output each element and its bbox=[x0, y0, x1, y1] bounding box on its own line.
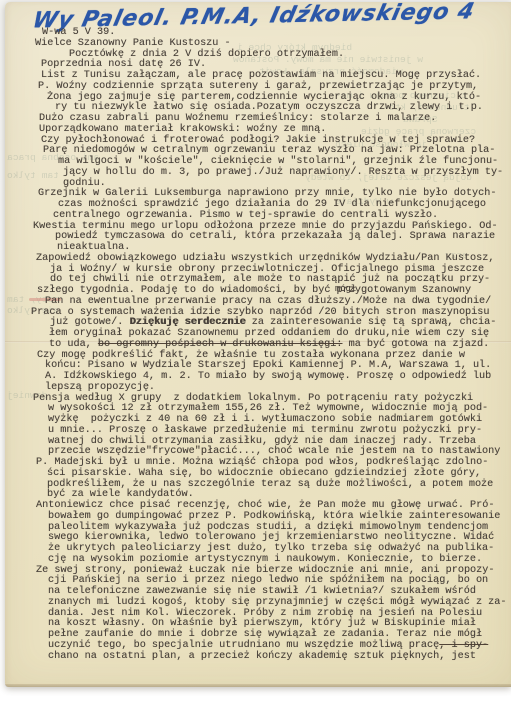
typed-text: jący w hollu do m. 3, po prawej./Już nap… bbox=[63, 167, 503, 178]
typed-text: końcu: Pisano w Wydziale Starszej Epoki … bbox=[45, 360, 491, 371]
typed-text: szłego tygodnia. Podaję to do wiadomości… bbox=[37, 285, 471, 296]
typed-text: bowałem go dumpingować przez P. Podkowiń… bbox=[48, 511, 500, 522]
typed-text: przecie wszędzie"frycowe"płacić..., choć… bbox=[48, 446, 500, 457]
typed-text: czas możności sprawdzić jego działania d… bbox=[58, 199, 486, 210]
typed-text: centralnego ogrzewania. Pismo w tej-spra… bbox=[53, 210, 438, 221]
typed-text: że ukrytych paleoliciarzy jest dużo, tyl… bbox=[48, 543, 494, 554]
typed-text: ja i Woźny/ w kursie obrony przeciwlotni… bbox=[50, 264, 484, 275]
typed-text: Uporządkowano materiał krakowski: woźny … bbox=[39, 124, 326, 135]
paper-bottom-edge bbox=[5, 684, 511, 687]
typed-text: ma być gotowa na zjazd. bbox=[342, 339, 489, 350]
letter-line: jący w hollu do m. 3, po prawej./Już nap… bbox=[63, 168, 511, 179]
typed-text: Kwestia terminu mego urlopu odłożona prz… bbox=[33, 221, 498, 232]
typed-text: Czy pyłochłonować i froterować podłogi? … bbox=[41, 135, 475, 146]
typed-correction: mógł bbox=[335, 284, 356, 294]
typed-text: dania. Jest nim Kol. Wieczorek. Próby z … bbox=[48, 608, 482, 619]
typed-text: pełne zaufanie do mnie i dobrze się wywi… bbox=[48, 629, 482, 640]
typed-text: już gotowe/. bbox=[50, 317, 129, 328]
typed-text: chano na ostatni plan, a przecież kończy… bbox=[48, 651, 476, 662]
typed-text: u mnie... Proszę o łaskawe przedłużenie … bbox=[48, 425, 482, 436]
typed-text: znanych mi ludzi kogoś, ktoby się przyna… bbox=[48, 597, 507, 608]
typed-text: Zapowiedź obowiązkowego udziału wszystki… bbox=[36, 253, 495, 264]
typed-text: swego kierownika, ledwo tolerowano jej k… bbox=[48, 532, 494, 543]
typed-text: ry tu niezwykle łatwo się osiada.Pozatym… bbox=[55, 102, 483, 113]
typed-text: wyżkę pożyczki z 40 na 60 zł i i. wytłum… bbox=[48, 414, 482, 425]
typed-text: cję na wysokim poziomie artystycznym i n… bbox=[48, 554, 482, 565]
typed-text: paleolitem wykazywała już podczas studii… bbox=[48, 522, 488, 533]
typed-text: na telefoniczne zawezwanie się nie stawi… bbox=[48, 586, 476, 597]
typed-text: Pocztówkę z dnia 2 V dziś dopiero otrzym… bbox=[69, 49, 344, 60]
typed-text: uczynić tego, bo specjalnie utrudniano m… bbox=[48, 640, 439, 651]
typed-text: P. Madejski był u mnie. Można wziąść chł… bbox=[36, 457, 488, 468]
typed-text: cji Pańskiej na serio i przez niego ledw… bbox=[48, 575, 488, 586]
typed-text: Praca o systemach ważenia idzie szybko n… bbox=[31, 307, 490, 318]
overtyped-bold-text: Dziękuję serdecznie bbox=[129, 317, 245, 328]
typed-text: powiedź tymczasowa do cetrali, która prz… bbox=[55, 231, 495, 242]
typed-text: to uda, bbox=[49, 339, 98, 350]
typed-text: W-wa 5 V 39. bbox=[42, 27, 115, 38]
typed-text: być za wiele kandydatów. bbox=[47, 489, 194, 500]
typed-text: godniu. bbox=[63, 178, 106, 189]
typed-text: ma wilgoci w "kościele", cieknięcie w "s… bbox=[58, 156, 498, 167]
typed-text: Parę niedomogów w cetralnym ogrzewaniu t… bbox=[43, 145, 495, 156]
typed-text: ści pisarskie. Waha się, bo widocznie ob… bbox=[47, 468, 481, 479]
struck-text: bo ogromny pośpiech w drukowaniu księgi: bbox=[98, 339, 343, 350]
typed-text: Ze swej strony, ponieważ Łuczak nie bier… bbox=[36, 565, 495, 576]
typed-text: Dużo czasu zabrali panu Woźnemu rzemieśl… bbox=[39, 113, 436, 124]
letter-paper: biednym który chce iw jenistwie nie ma m… bbox=[5, 2, 511, 687]
typed-text: na koszt własny. On właśnie był pierwszy… bbox=[48, 618, 476, 629]
typed-text: do tej chwili nie otrzymałem, ale może t… bbox=[50, 274, 490, 285]
letter-line: chano na ostatni plan, a przecież kończy… bbox=[48, 652, 511, 663]
typed-text: Grzejnik w Galerii Luksemburga naprawion… bbox=[38, 188, 497, 199]
typed-text: P. Woźny codziennie sprząta sutereny i g… bbox=[38, 81, 478, 92]
typed-text: podkreśliłem, że u nas szczególnie teraz… bbox=[47, 479, 493, 490]
typed-text: Pensja według X grupy z dodatkiem lokaln… bbox=[33, 393, 473, 404]
typed-text: za zainteresowanie się tą sprawą, chcia- bbox=[246, 317, 497, 328]
letter-body: W-wa 5 V 39.Wielce Szanowny Panie Kustos… bbox=[37, 28, 511, 662]
typed-text: Antoniewicz chce pisać recenzję, choć wi… bbox=[36, 500, 495, 511]
typed-text: List z Tunisu załączam, ale pracę pozost… bbox=[41, 70, 481, 81]
typed-text: Pan na ewentualne przerwanie pracy na cz… bbox=[45, 296, 491, 307]
typed-text: Żona jego zajmuje się parterem,codzienni… bbox=[47, 92, 481, 103]
typed-text: A. Idźkowskiego 4, m. 2. To miało by swo… bbox=[45, 371, 491, 382]
struck-text: , i spy- bbox=[439, 640, 488, 651]
typed-text: w wysokości 12 zł otrzymałem 155,26 zł. … bbox=[48, 403, 488, 414]
typed-text: łem oryginał pokazać Szanownemu przed od… bbox=[49, 328, 489, 339]
typed-text: Poprzednia nosi datę 26 IV. bbox=[41, 59, 206, 70]
typed-text: Czy mogę podkreślić fakt, że właśnie tu … bbox=[37, 350, 465, 361]
typed-text: lepszą propozycję. bbox=[45, 382, 155, 393]
typed-text: nieaktualna. bbox=[57, 242, 130, 253]
typed-text: watnej do chwili otrzymania zasiłku, gdy… bbox=[48, 436, 476, 447]
typed-text: Wielce Szanowny Panie Kustoszu - bbox=[35, 38, 231, 49]
